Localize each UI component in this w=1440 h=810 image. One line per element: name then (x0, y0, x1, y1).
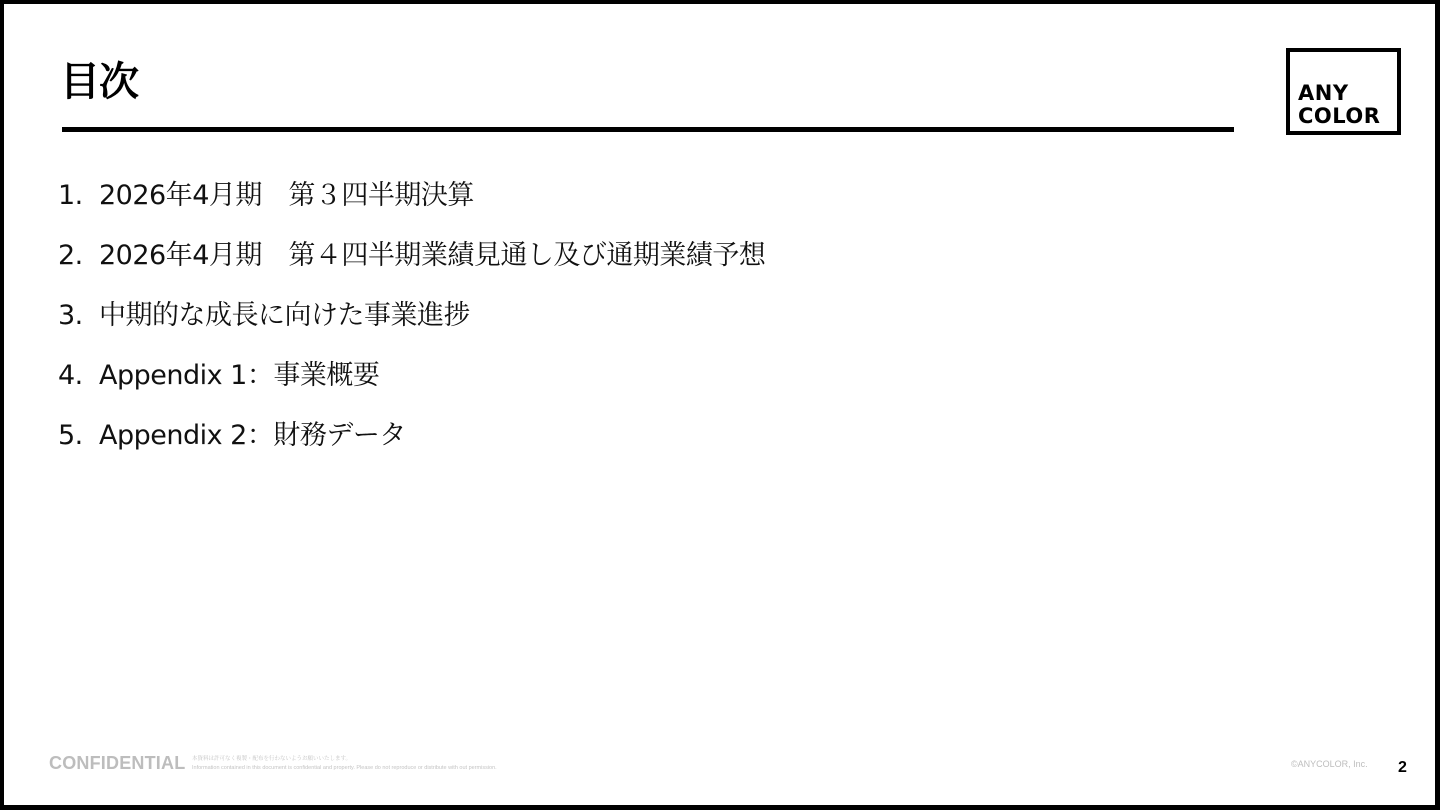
toc-item-text: 中期的な成長に向けた事業進捗 (99, 294, 470, 338)
toc-item: 3. 中期的な成長に向けた事業進捗 (58, 294, 765, 354)
toc-item-number: 4. (58, 354, 99, 398)
toc-item-text: Appendix 1：事業概要 (99, 354, 379, 398)
toc-item-text: Appendix 2：財務データ (99, 414, 406, 458)
confidentiality-notice-ja: 本資料は許可なく複製・配布を行わないようお願いいたします。 (192, 755, 497, 764)
page-title: 目次 (60, 56, 138, 108)
toc-item: 4. Appendix 1：事業概要 (58, 354, 765, 414)
toc-item-number: 1. (58, 174, 99, 218)
toc-item-number: 5. (58, 414, 99, 458)
logo-text-line1: ANY (1298, 82, 1349, 104)
toc-item-text: 2026年4月期 第３四半期決算 (99, 174, 474, 218)
anycolor-logo: ANY COLOR (1286, 48, 1401, 135)
confidentiality-notice-en: Information contained in this document i… (192, 764, 497, 773)
table-of-contents: 1. 2026年4月期 第３四半期決算 2. 2026年4月期 第４四半期業績見… (58, 174, 765, 474)
confidential-label: CONFIDENTIAL (49, 753, 185, 774)
slide: 目次 ANY COLOR 1. 2026年4月期 第３四半期決算 2. 2026… (0, 0, 1440, 810)
toc-item-number: 2. (58, 234, 99, 278)
confidentiality-notice: 本資料は許可なく複製・配布を行わないようお願いいたします。 Informatio… (192, 755, 497, 773)
copyright: ©ANYCOLOR, Inc. (1291, 759, 1368, 769)
title-divider (62, 127, 1234, 132)
toc-item: 1. 2026年4月期 第３四半期決算 (58, 174, 765, 234)
toc-item-text: 2026年4月期 第４四半期業績見通し及び通期業績予想 (99, 234, 765, 278)
logo-text-line2: COLOR (1298, 105, 1380, 127)
toc-item: 2. 2026年4月期 第４四半期業績見通し及び通期業績予想 (58, 234, 765, 294)
page-number: 2 (1398, 759, 1407, 777)
toc-item-number: 3. (58, 294, 99, 338)
toc-item: 5. Appendix 2：財務データ (58, 414, 765, 474)
